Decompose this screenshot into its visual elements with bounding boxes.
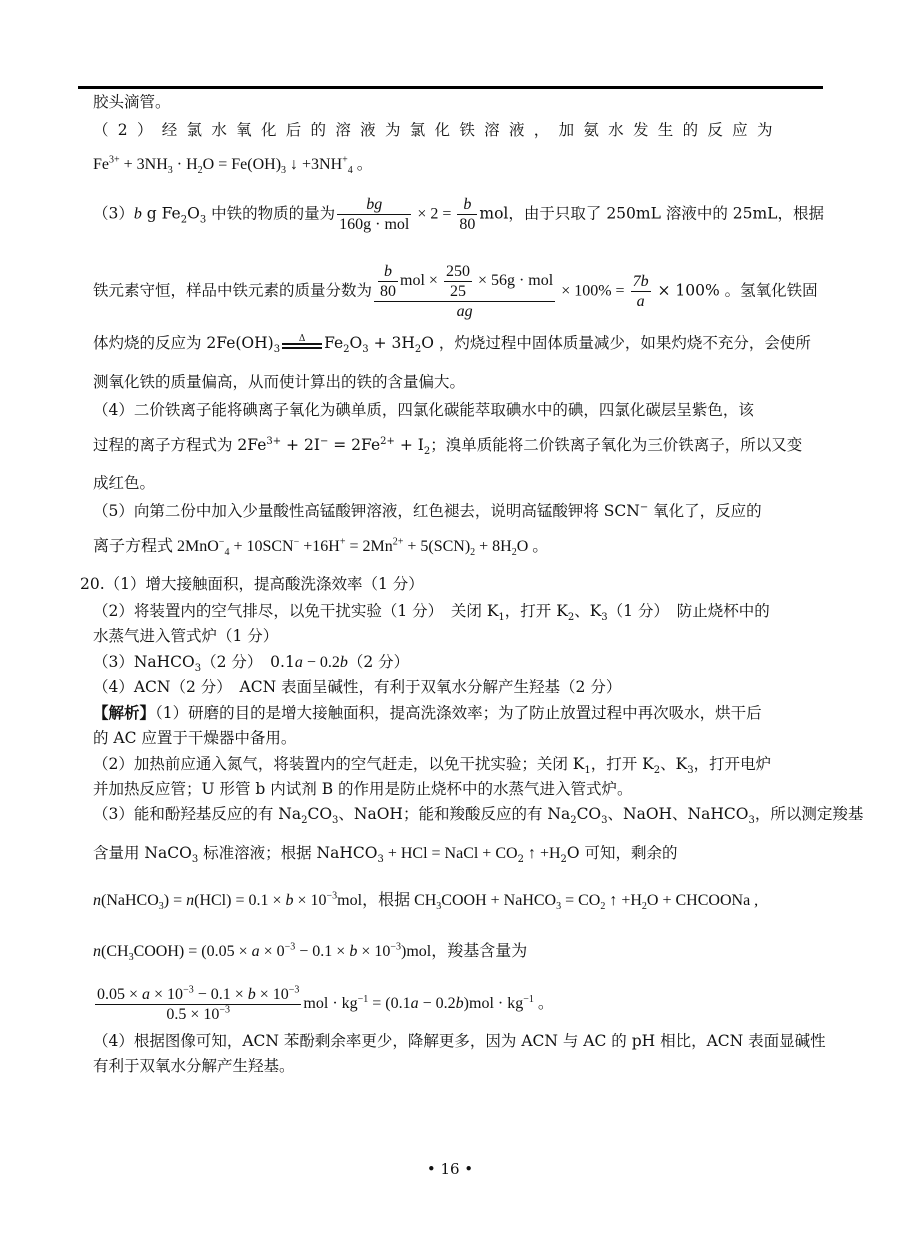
q20-answer-2-line2: 水蒸气进入管式炉（1 分）	[93, 626, 823, 646]
q19-part4-line3: 成红色。	[93, 473, 823, 493]
q20-answer-4: （4）ACN（2 分） ACN 表面呈碱性，有利于双氧水分解产生羟基（2 分）	[93, 677, 823, 697]
q20-analysis-part3-line5: 0.05 × a × 10−3 − 0.1 × b × 10−30.5 × 10…	[93, 985, 823, 1024]
q20-analysis-part3-line3: n(NaHCO3) = n(HCl) = 0.1 × b × 10−3mol，根…	[93, 891, 823, 911]
q19-part4-line2: 过程的离子方程式为 2Fe3+ + 2I− = 2Fe2+ + I2；溴单质能将…	[93, 435, 823, 455]
q19-part4-line1: （4）二价铁离子能将碘离子氧化为碘单质，四氯化碳能萃取碘水中的碘，四氯化碳层呈紫…	[93, 400, 823, 420]
q20-analysis-part4-line1: （4）根据图像可知，ACN 苯酚剩余率更少，降解更多，因为 ACN 与 AC 的…	[93, 1031, 823, 1051]
fraction-iron-moles: bg160g · mol	[337, 195, 411, 234]
q20-analysis-part2-line1: （2）加热前应通入氮气，将装置内的空气赶走，以免干扰实验；关闭 K1，打开 K2…	[93, 754, 823, 774]
q19-part3-line2: 铁元素守恒，样品中铁元素的质量分数为b80mol × 25025 × 56g ·…	[93, 262, 823, 321]
q19-part5-equation: 离子方程式 2MnO−4 + 10SCN− +16H+ = 2Mn2+ + 5(…	[93, 537, 823, 557]
fraction-7b-over-a: 7ba	[631, 272, 651, 311]
q19-part3-line4: 测氧化铁的质量偏高，从而使计算出的铁的含量偏大。	[93, 372, 823, 392]
q19-continuation: 胶头滴管。	[93, 92, 823, 112]
q20-analysis-part1-line1: 【解析】（1）研磨的目的是增大接触面积，提高洗涤效率；为了防止放置过程中再次吸水…	[93, 703, 823, 723]
page-number: • 16 •	[0, 1160, 900, 1178]
q20-analysis-part3-line2: 含量用 NaCO3 标准溶液；根据 NaHCO3 + HCl = NaCl + …	[93, 843, 823, 864]
heating-equals-sign: Δ	[280, 337, 324, 351]
q20-analysis-part1-line2: 的 AC 应置于干燥器中备用。	[93, 728, 823, 748]
analysis-tag: 【解析】	[93, 703, 155, 722]
q19-part2-equation: Fe3+ + 3NH3 · H2O = Fe(OH)3 ↓ +3NH+4 。	[93, 155, 823, 175]
q19-part3-line3: 体灼烧的反应为 2Fe(OH)3ΔFe2O3 + 3H2O ，灼烧过程中固体质量…	[93, 333, 823, 353]
q19-part2-text: （2）经氯水氧化后的溶液为氯化铁溶液，加氨水发生的反应为	[93, 120, 823, 140]
fraction-mass-percent: b80mol × 25025 × 56g · molag	[374, 262, 555, 321]
q20-analysis-part2-line2: 并加热反应管；U 形管 b 内试剂 B 的作用是防止烧杯中的水蒸气进入管式炉。	[93, 779, 823, 799]
q20-answer-1: 20.（1）增大接触面积，提高酸洗涤效率（1 分）	[80, 574, 810, 594]
fraction-b-over-80: b80	[457, 195, 477, 234]
q20-analysis-part3-line4: n(CH3COOH) = (0.05 × a × 0−3 − 0.1 × b ×…	[93, 942, 823, 962]
header-rule	[78, 86, 823, 89]
fraction-carboxyl-content: 0.05 × a × 10−3 − 0.1 × b × 10−30.5 × 10…	[95, 985, 301, 1024]
q20-analysis-part3-line1: （3）能和酚羟基反应的有 Na2CO3、NaOH；能和羧酸反应的有 Na2CO3…	[93, 804, 823, 824]
q20-answer-3: （3）NaHCO3（2 分） 0.1a − 0.2b（2 分）	[93, 652, 823, 673]
q19-part5-line1: （5）向第二份中加入少量酸性高锰酸钾溶液，红色褪去，说明高锰酸钾将 SCN− 氧…	[93, 501, 823, 521]
q20-answer-2-line1: （2）将装置内的空气排尽，以免干扰实验（1 分） 关闭 K1，打开 K2、K3（…	[93, 601, 823, 621]
q19-part3-line1: （3）b g Fe2O3 中铁的物质的量为bg160g · mol × 2 = …	[93, 195, 823, 234]
q20-analysis-part4-line2: 有利于双氧水分解产生羟基。	[93, 1056, 823, 1076]
